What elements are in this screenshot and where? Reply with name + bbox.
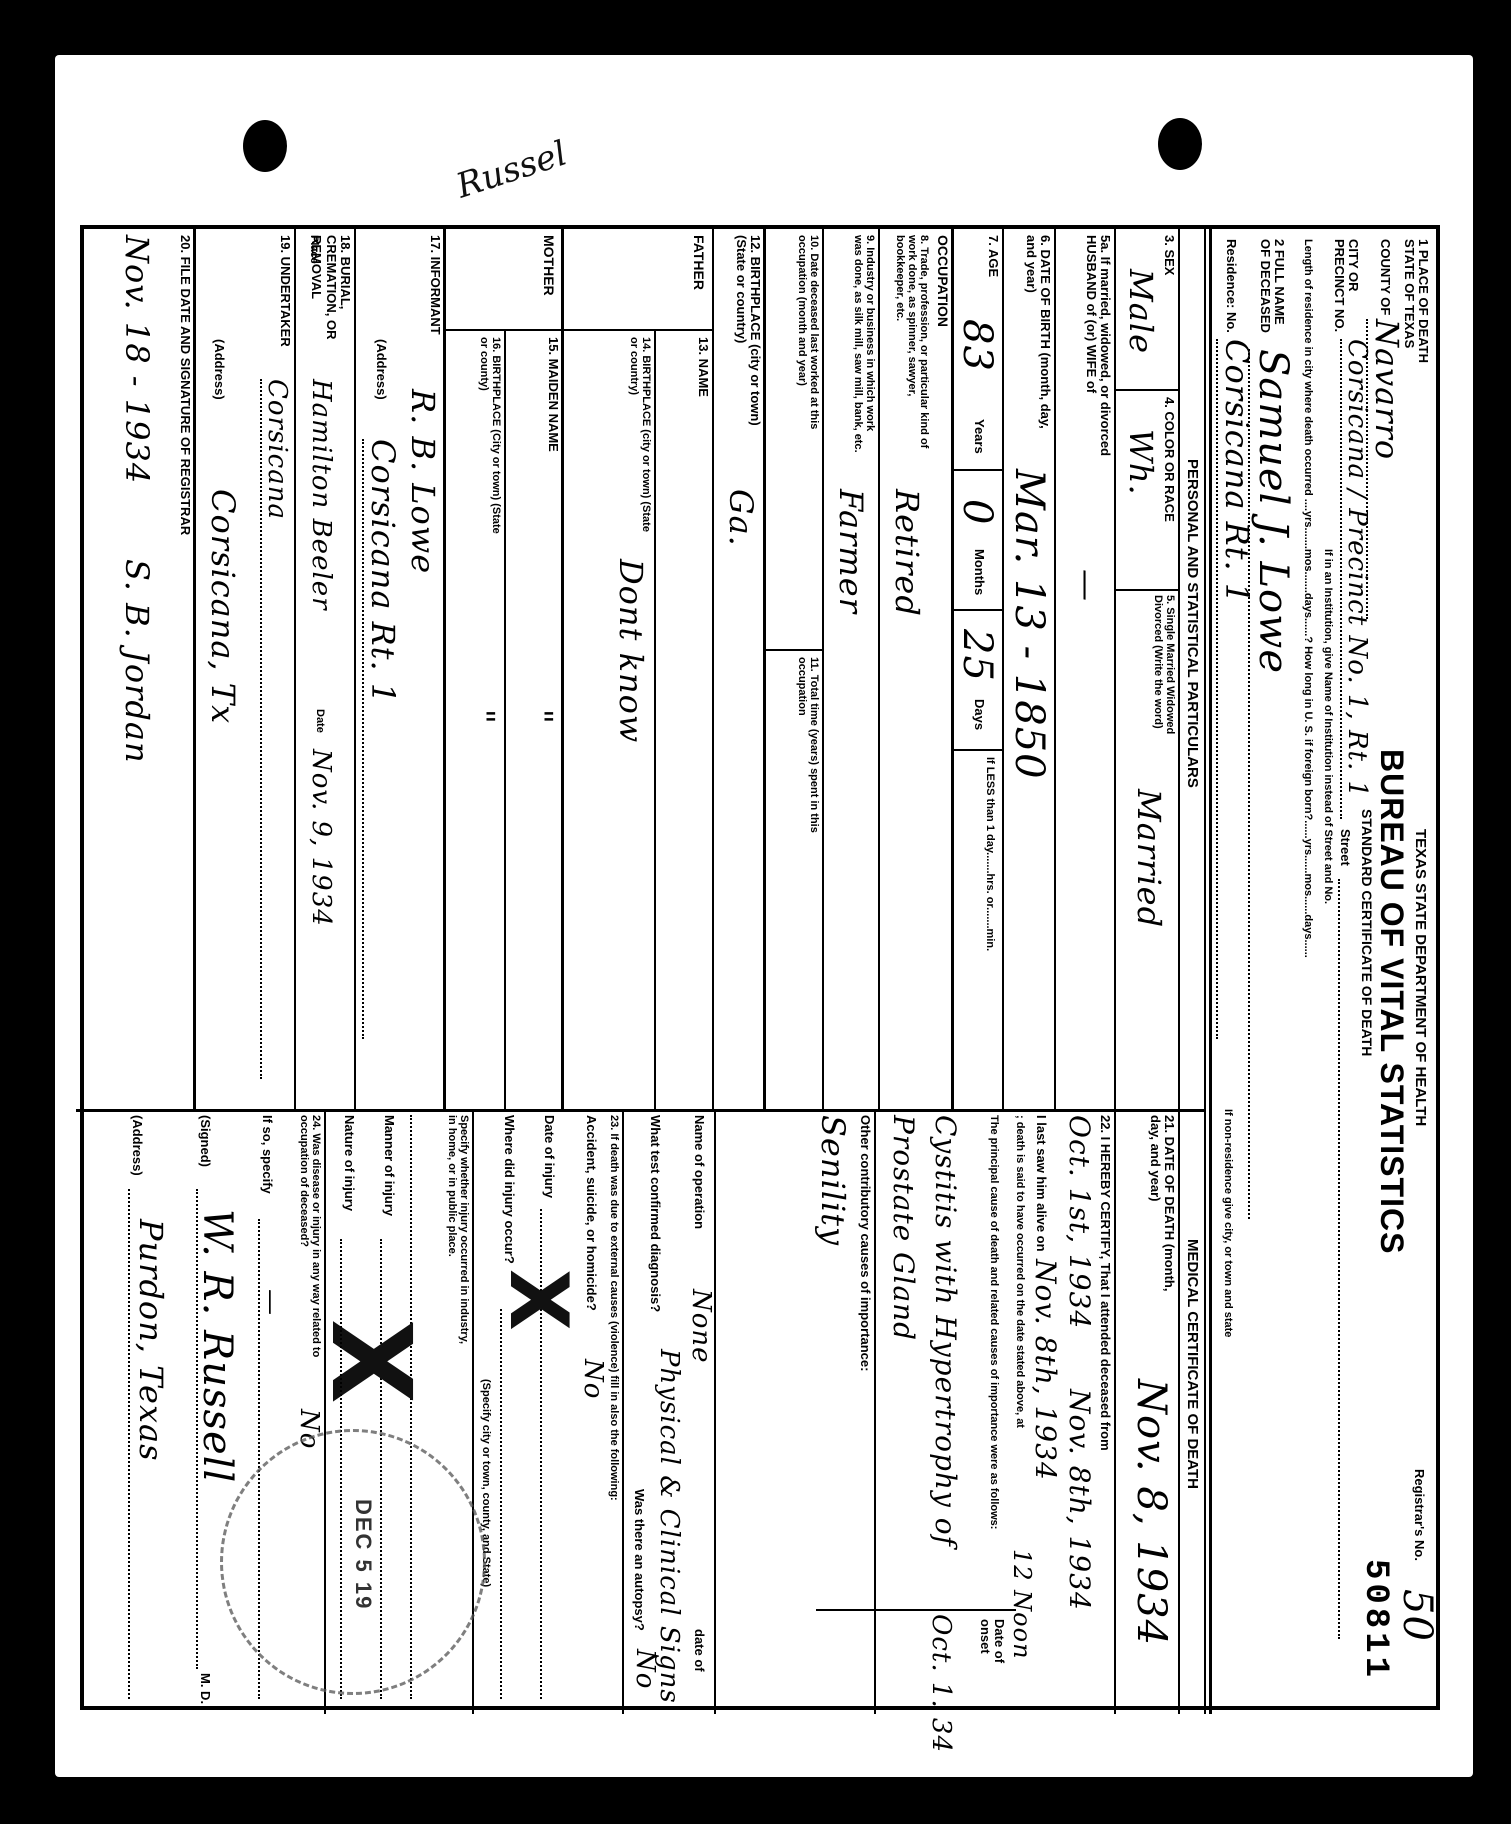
- informant-label: 17. INFORMANT: [428, 235, 442, 335]
- cell-divider: [564, 329, 714, 331]
- manner-x-mark: X: [316, 1319, 426, 1404]
- dob-value: Mar. 13 - 1850: [1006, 469, 1052, 780]
- binder-hole: [1158, 118, 1202, 170]
- occupation-section-title: OCCUPATION: [935, 235, 950, 327]
- manner-label: Manner of injury: [382, 1115, 396, 1216]
- father-section-title: FATHER: [691, 235, 706, 290]
- burial-place-value: Hamilton Beeler: [306, 379, 336, 611]
- residence-label: Residence: No.: [1224, 239, 1238, 333]
- mother-birthplace-label: 16. BIRTHPLACE (City or town) (State or …: [478, 337, 502, 537]
- file-date-value: Nov. 18 - 1934: [118, 235, 156, 484]
- accident-label: Accident, suicide, or homicide?: [584, 1115, 598, 1311]
- county-label: COUNTY OF: [1378, 239, 1392, 315]
- death-certificate-form-wrap: 1 PLACE OF DEATH STATE OF TEXAS TEXAS ST…: [80, 225, 1440, 1710]
- last-saw-label: I last saw him alive on: [1034, 1115, 1048, 1252]
- sex-value: Male: [1122, 269, 1160, 354]
- city-value: Corsicana / Precinct No. 1, Rt. 1: [1340, 339, 1372, 819]
- physician-address-line: [128, 1189, 130, 1699]
- residence-value: Corsicana Rt. 1: [1216, 339, 1256, 1039]
- divider: [714, 1109, 716, 1714]
- cell-divider: [1116, 389, 1180, 391]
- bureau-title: BUREAU OF VITAL STATISTICS: [1373, 749, 1410, 1254]
- if-so-label: If so, specify: [260, 1115, 274, 1194]
- burial-place-label: Place: [308, 235, 320, 264]
- injury-specify-label: Specify whether injury occurred in indus…: [446, 1115, 470, 1355]
- length-of-residence: Length of residence in city where death …: [1302, 239, 1314, 958]
- attended-to: Nov. 8th, 1934: [1063, 1389, 1096, 1611]
- divider: [1209, 229, 1212, 1714]
- physician-signature: W. R. Russell: [194, 1209, 240, 1483]
- autopsy-label: Was there an autopsy?: [632, 1489, 646, 1631]
- test-label: What test confirmed diagnosis?: [648, 1115, 662, 1312]
- age-years-label: Years: [972, 419, 986, 454]
- date-of-death-value: Nov. 8, 1934: [1128, 1379, 1174, 1646]
- autopsy-value: No: [630, 1649, 660, 1689]
- county-value: Navarro: [1366, 319, 1406, 619]
- mother-section-title: MOTHER: [541, 235, 556, 296]
- registrars-no-label: Registrar's No.: [1412, 1469, 1426, 1561]
- signed-label: (Signed): [198, 1115, 212, 1167]
- age-label: 7. AGE: [986, 235, 1000, 277]
- binder-hole: [243, 120, 287, 172]
- divider: [822, 229, 824, 1109]
- age-days-label: Days: [972, 699, 986, 730]
- injury-where-label: Where did injury occur?: [502, 1115, 516, 1264]
- undertaker-address-value: Corsicana, Tx: [204, 489, 242, 724]
- divider: [1114, 1109, 1116, 1714]
- city-label: CITY OR PRECINCT NO.: [1331, 239, 1360, 334]
- divider: [878, 229, 880, 1109]
- divider: [1178, 229, 1180, 1109]
- occupational-label: 24. Was disease or injury in any way rel…: [298, 1115, 322, 1375]
- marital-label: 5. Single Married Widowed Divorced (Writ…: [1152, 595, 1176, 735]
- registrars-no-handwritten: 50: [1394, 1589, 1440, 1642]
- date-of-onset-label: Date of onset: [977, 1619, 1006, 1699]
- industry-value: Farmer: [832, 489, 870, 614]
- informant-address-value: Corsicana Rt. 1: [362, 439, 402, 1039]
- trade-value: Retired: [888, 489, 926, 617]
- divider: [1114, 229, 1116, 1109]
- undertaker-label: 19. UNDERTAKER: [278, 235, 292, 347]
- divider: [1054, 229, 1056, 1109]
- spouse-value: —: [1068, 569, 1106, 602]
- physician-address-value: Purdon, Texas: [132, 1219, 170, 1461]
- burial-date-label: Date: [314, 709, 326, 733]
- divider: [1204, 229, 1206, 1714]
- other-causes-label: Other contributory causes of importance:: [858, 1115, 872, 1371]
- injury-date-label: Date of injury: [542, 1115, 556, 1198]
- file-date-label: 20. FILE DATE AND SIGNATURE OF REGISTRAR: [178, 235, 192, 535]
- race-value: Wh.: [1122, 429, 1160, 496]
- accident-value: No: [578, 1359, 608, 1399]
- sex-label: 3. SEX: [1162, 235, 1176, 275]
- divider: [874, 1109, 876, 1714]
- institution-note: If in an Institution, give Name of Insti…: [1322, 549, 1334, 904]
- external-causes-label: 23. If death was due to external causes …: [608, 1115, 620, 1501]
- personal-section-title: PERSONAL AND STATISTICAL PARTICULARS: [1184, 459, 1201, 788]
- received-stamp-date: DEC 5 19: [350, 1499, 376, 1610]
- operation-value: None: [686, 1289, 716, 1364]
- death-certificate-form: 1 PLACE OF DEATH STATE OF TEXAS TEXAS ST…: [80, 225, 1440, 1710]
- divider: [1002, 229, 1004, 1109]
- other-causes-value: Senility: [814, 1115, 852, 1246]
- date-of-death-label: 21. DATE OF DEATH (month, day, and year): [1147, 1115, 1176, 1315]
- divider: [1178, 1109, 1180, 1714]
- birthplace-label: 12. BIRTHPLACE (city or town) (State or …: [733, 235, 762, 435]
- father-birthplace-value: Dont know: [612, 559, 650, 743]
- burial-date-value: Nov. 9, 1934: [306, 749, 336, 927]
- physician-address-label: (Address): [130, 1115, 144, 1176]
- industry-label: 9. Industry or business in which work wa…: [852, 235, 876, 455]
- informant-address-label: (Address): [374, 339, 388, 400]
- divider: [951, 229, 954, 1109]
- undertaker-value: Corsicana: [260, 379, 292, 1079]
- cell-divider: [766, 649, 824, 651]
- divider: [504, 329, 506, 1109]
- age-months: 0: [954, 499, 1000, 525]
- age-days: 25: [954, 629, 1000, 682]
- divider: [354, 229, 356, 1109]
- total-time-label: 11. Total time (years) spent in this occ…: [796, 657, 820, 857]
- mother-maiden-name-label: 15. MAIDEN NAME: [546, 337, 560, 452]
- principal-cause-value: Cystitis with Hypertrophy of Prostate Gl…: [882, 1115, 966, 1605]
- age-less-than-day-label: If LESS than 1 day.......hrs. or.......m…: [984, 757, 996, 957]
- divider: [443, 229, 446, 1109]
- divider: [763, 229, 766, 1109]
- age-months-label: Months: [972, 549, 986, 595]
- medical-section-title: MEDICAL CERTIFICATE OF DEATH: [1184, 1239, 1201, 1489]
- cell-divider: [1116, 589, 1180, 591]
- divider: [654, 329, 656, 1109]
- nature-label: Nature of injury: [342, 1115, 356, 1211]
- divider: [472, 1109, 474, 1714]
- operation-date-label: date of: [692, 1629, 706, 1672]
- marital-value: Married: [1130, 789, 1168, 928]
- certificate-type: STANDARD CERTIFICATE OF DEATH: [1359, 809, 1374, 1056]
- dob-label: 6. DATE OF BIRTH (month, day, and year): [1023, 235, 1052, 435]
- md-label: M. D.: [198, 1673, 212, 1704]
- divider: [622, 1109, 624, 1714]
- mother-maiden-name-value: ": [522, 709, 560, 725]
- trade-label: 8. Trade, profession, or particular kind…: [894, 235, 930, 455]
- age-years: 83: [954, 319, 1000, 372]
- section-divider: [76, 1109, 1204, 1112]
- last-saw-value: Nov. 8th, 1934: [1029, 1259, 1062, 1481]
- principal-cause-label: The principal cause of death and related…: [988, 1115, 1000, 1535]
- injury-where-line: [500, 1309, 502, 1699]
- race-label: 4. COLOR OR RACE: [1162, 397, 1176, 522]
- cell-divider: [954, 609, 1004, 611]
- date-last-worked-label: 10. Date deceased last worked at this oc…: [796, 235, 820, 455]
- item1-label: 1 PLACE OF DEATH: [1416, 239, 1430, 379]
- cell-divider: [954, 749, 1004, 751]
- divider: [193, 229, 196, 1109]
- file-number: 50811: [1356, 1559, 1394, 1681]
- spouse-label: 5a. If married, widowed, or divorced HUS…: [1083, 235, 1112, 475]
- undertaker-address-label: (Address): [212, 339, 226, 400]
- death-occurred-text: ; death is said to have occurred on the …: [1014, 1115, 1026, 1535]
- attended-from: Oct. 1st, 1934: [1063, 1115, 1096, 1329]
- if-so-value: —: [256, 1289, 286, 1316]
- operation-label: Name of operation: [692, 1115, 706, 1229]
- onset-value: Oct. 1. 34: [926, 1614, 956, 1753]
- non-residence-note: If non-residence give city, or town and …: [1222, 1109, 1234, 1337]
- mother-birthplace-value: ": [464, 709, 502, 725]
- father-name-label: 13. NAME: [696, 337, 710, 397]
- divider: [712, 229, 714, 1109]
- cell-divider: [816, 1609, 1016, 1611]
- birthplace-value: Ga.: [722, 489, 760, 547]
- department-title: TEXAS STATE DEPARTMENT OF HEALTH: [1412, 829, 1429, 1126]
- divider: [294, 229, 296, 1109]
- street-line: [1338, 879, 1340, 1639]
- injury-date-x-mark: X: [498, 1269, 578, 1331]
- registrar-signature: S. B. Jordan: [118, 559, 156, 764]
- cell-divider: [954, 469, 1004, 471]
- divider: [561, 229, 564, 1109]
- informant-value: R. B. Lowe: [404, 389, 442, 574]
- full-name-label: 2 FULL NAME OF DECEASED: [1257, 239, 1286, 339]
- father-birthplace-label: 14. BIRTHPLACE (city or town) (State or …: [628, 337, 652, 537]
- street-label: Street: [1338, 829, 1352, 866]
- certify-text: 22. I HEREBY CERTIFY, That I attended de…: [1098, 1115, 1112, 1451]
- death-time-value: 12 Noon: [1008, 1549, 1036, 1660]
